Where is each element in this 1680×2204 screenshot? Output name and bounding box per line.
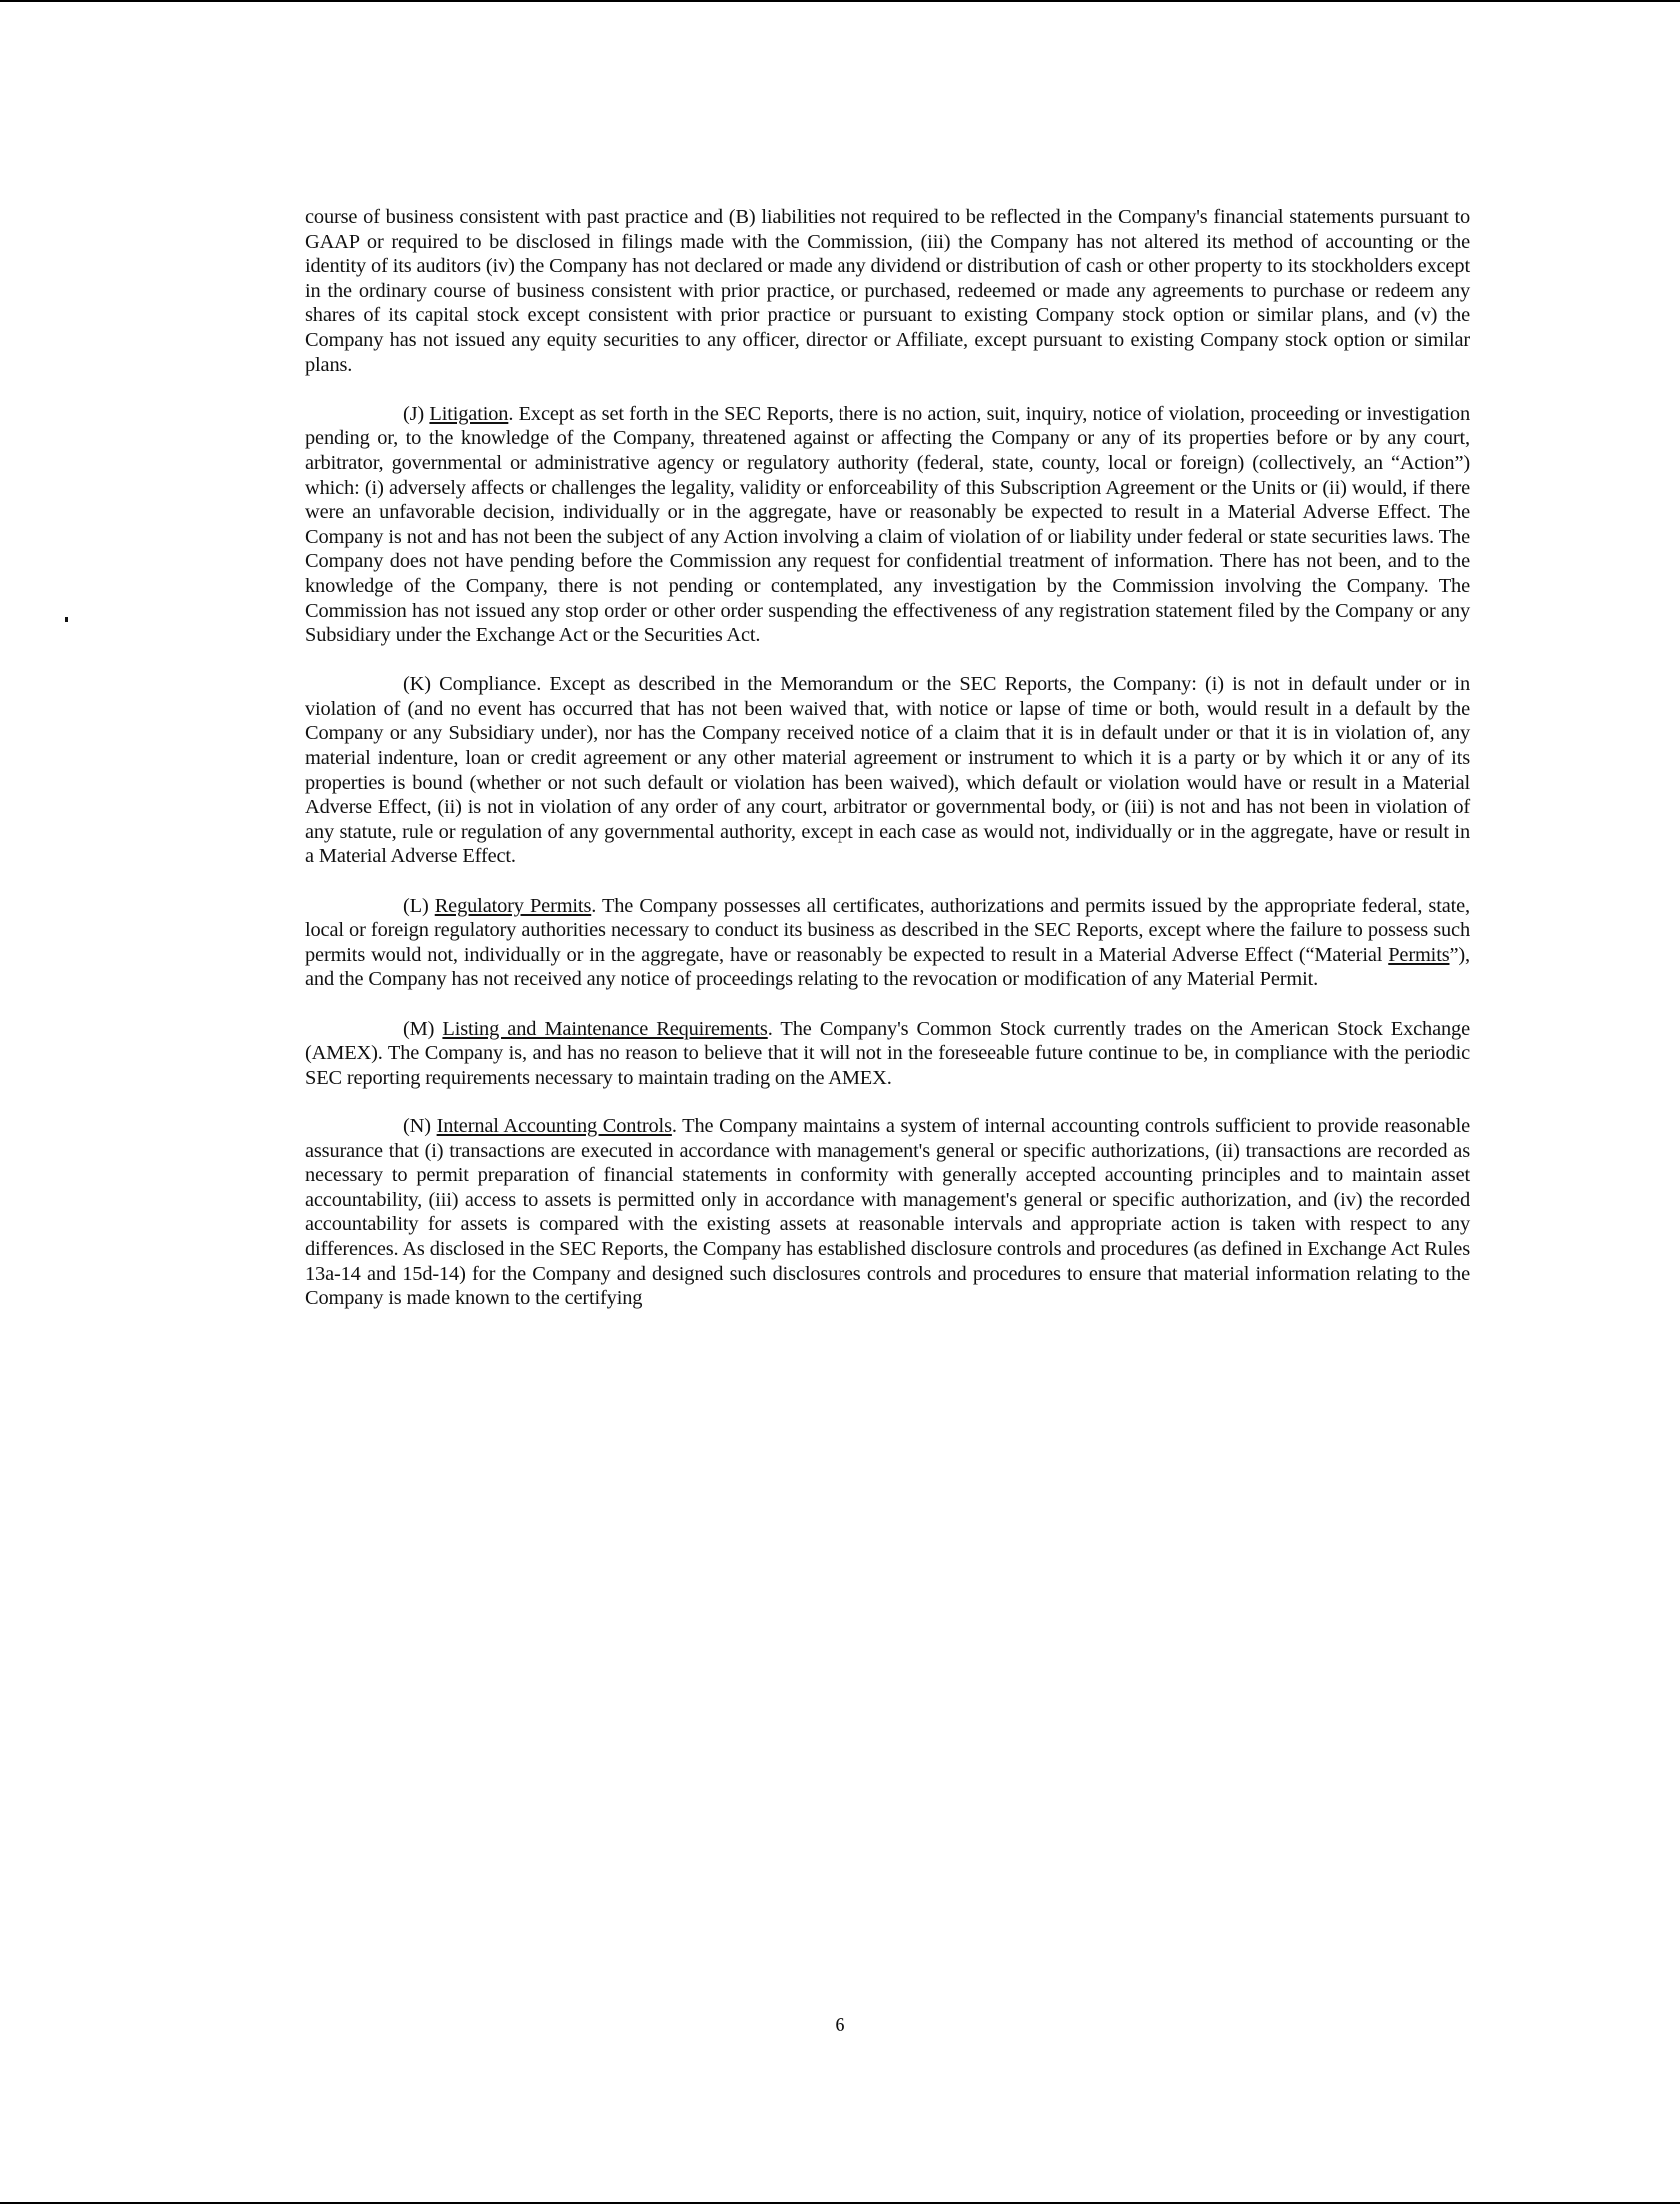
paragraph-regulatory-permits: (L) Regulatory Permits. The Company poss… — [305, 894, 1470, 992]
section-heading: Regulatory Permits — [435, 895, 592, 917]
section-label: (M) — [403, 1018, 442, 1040]
paragraph-listing-maintenance: (M) Listing and Maintenance Requirements… — [305, 1017, 1470, 1091]
section-label: (J) — [403, 403, 429, 425]
paragraph-text: course of business consistent with past … — [305, 206, 1470, 376]
section-label: (K) — [403, 673, 439, 695]
paragraph-text: . The Company maintains a system of inte… — [305, 1115, 1470, 1309]
section-heading: Litigation — [429, 403, 508, 425]
section-heading: Listing and Maintenance Requirements — [442, 1018, 767, 1040]
paragraph-compliance: (K) Compliance. Except as described in t… — [305, 672, 1470, 869]
paragraph-continuation: course of business consistent with past … — [305, 205, 1470, 377]
paragraph-litigation: (J) Litigation. Except as set forth in t… — [305, 402, 1470, 648]
margin-mark — [65, 617, 68, 622]
section-label: (L) — [403, 895, 435, 917]
document-body: course of business consistent with past … — [305, 205, 1470, 1311]
defined-term: Permits — [1388, 944, 1449, 966]
page-number: 6 — [0, 2013, 1680, 2037]
paragraph-text: Compliance. Except as described in the M… — [305, 673, 1470, 867]
paragraph-text: . Except as set forth in the SEC Reports… — [305, 403, 1470, 646]
section-label: (N) — [403, 1115, 437, 1137]
section-heading: Internal Accounting Controls — [437, 1115, 672, 1137]
paragraph-internal-accounting-controls: (N) Internal Accounting Controls. The Co… — [305, 1114, 1470, 1311]
page-top-edge — [0, 0, 1680, 2]
